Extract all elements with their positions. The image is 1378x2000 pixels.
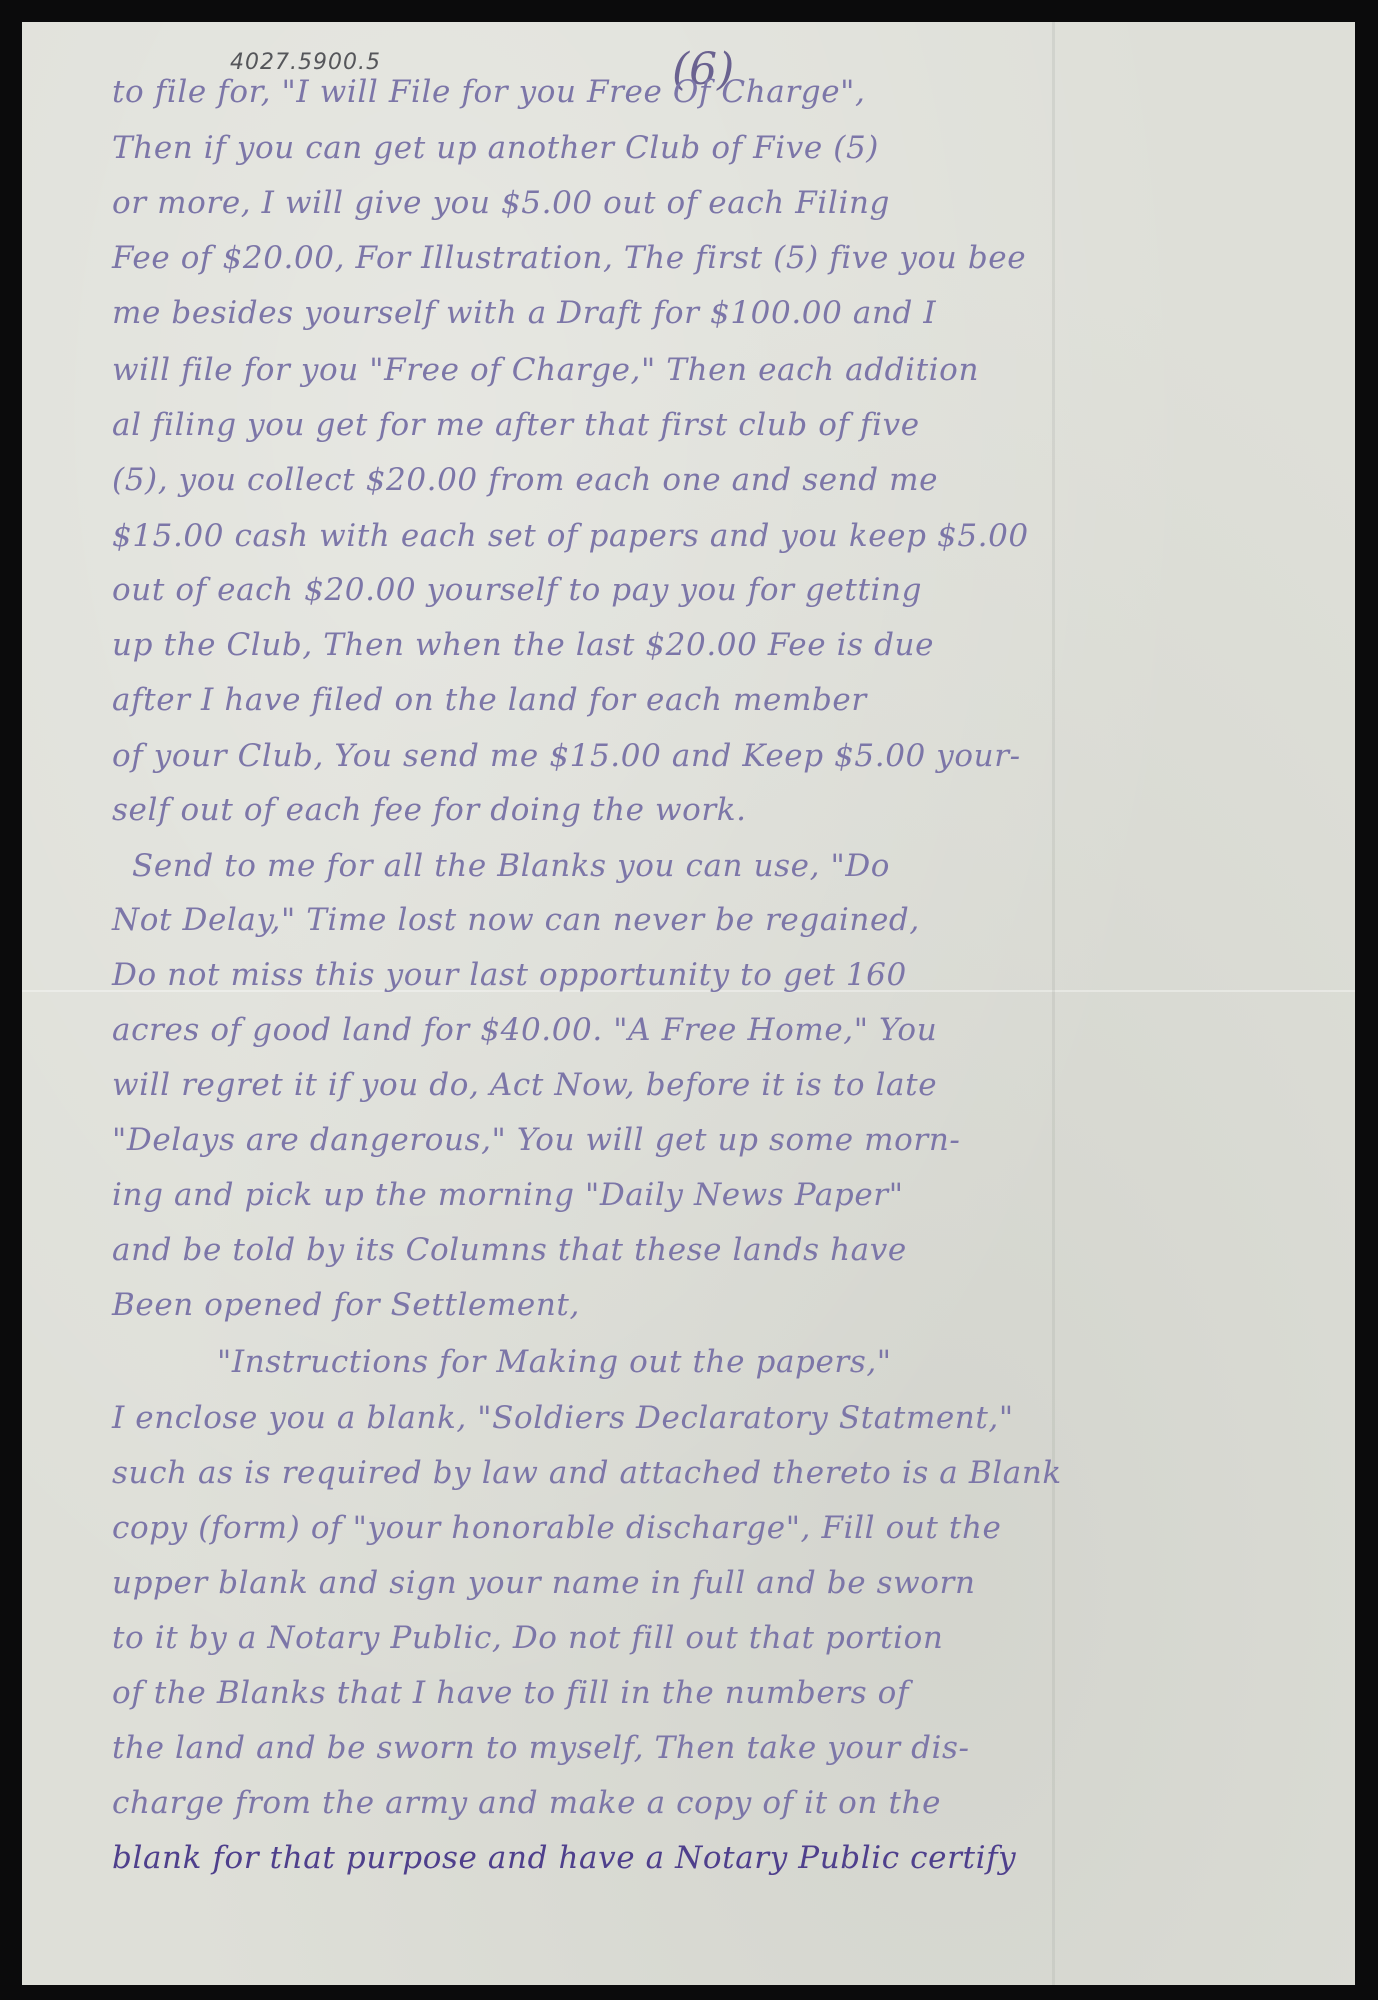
text-line: Not Delay," Time lost now can never be r… — [112, 902, 1325, 938]
text-line: after I have filed on the land for each … — [112, 682, 1325, 718]
text-line: Do not miss this your last opportunity t… — [112, 957, 1325, 993]
text-line: Fee of $20.00, For Illustration, The fir… — [112, 240, 1325, 276]
section-heading: "Instructions for Making out the papers,… — [217, 1344, 1325, 1380]
text-line: charge from the army and make a copy of … — [112, 1785, 1325, 1821]
text-line: out of each $20.00 yourself to pay you f… — [112, 572, 1325, 608]
text-line: "Delays are dangerous," You will get up … — [112, 1122, 1325, 1158]
text-line: Then if you can get up another Club of F… — [112, 130, 1325, 166]
text-line: upper blank and sign your name in full a… — [112, 1565, 1325, 1601]
text-line: al filing you get for me after that firs… — [112, 407, 1325, 443]
text-line: or more, I will give you $5.00 out of ea… — [112, 185, 1325, 221]
text-line: copy (form) of "your honorable discharge… — [112, 1510, 1325, 1546]
text-line: Send to me for all the Blanks you can us… — [132, 848, 1325, 884]
text-line: will regret it if you do, Act Now, befor… — [112, 1067, 1325, 1103]
text-line: (5), you collect $20.00 from each one an… — [112, 462, 1325, 498]
text-line: and be told by its Columns that these la… — [112, 1232, 1325, 1268]
text-line: to it by a Notary Public, Do not fill ou… — [112, 1620, 1325, 1656]
text-line: self out of each fee for doing the work. — [112, 792, 1325, 828]
text-line: the land and be sworn to myself, Then ta… — [112, 1730, 1325, 1766]
text-line: to file for, "I will File for you Free O… — [112, 74, 1325, 110]
text-line: will file for you "Free of Charge," Then… — [112, 352, 1325, 388]
text-line: of your Club, You send me $15.00 and Kee… — [112, 738, 1325, 774]
text-line: $15.00 cash with each set of papers and … — [112, 518, 1325, 554]
letter-page: 4027.5900.5 (6) to file for, "I will Fil… — [22, 22, 1355, 1985]
text-line: up the Club, Then when the last $20.00 F… — [112, 627, 1325, 663]
text-line: blank for that purpose and have a Notary… — [112, 1840, 1325, 1876]
text-line: such as is required by law and attached … — [112, 1455, 1325, 1491]
text-line: of the Blanks that I have to fill in the… — [112, 1675, 1325, 1711]
text-line: ing and pick up the morning "Daily News … — [112, 1177, 1325, 1213]
text-line: me besides yourself with a Draft for $10… — [112, 295, 1325, 331]
catalog-number: 4027.5900.5 — [230, 50, 381, 75]
text-line: I enclose you a blank, "Soldiers Declara… — [112, 1400, 1325, 1436]
text-line: acres of good land for $40.00. "A Free H… — [112, 1012, 1325, 1048]
text-line: Been opened for Settlement, — [112, 1287, 1325, 1323]
